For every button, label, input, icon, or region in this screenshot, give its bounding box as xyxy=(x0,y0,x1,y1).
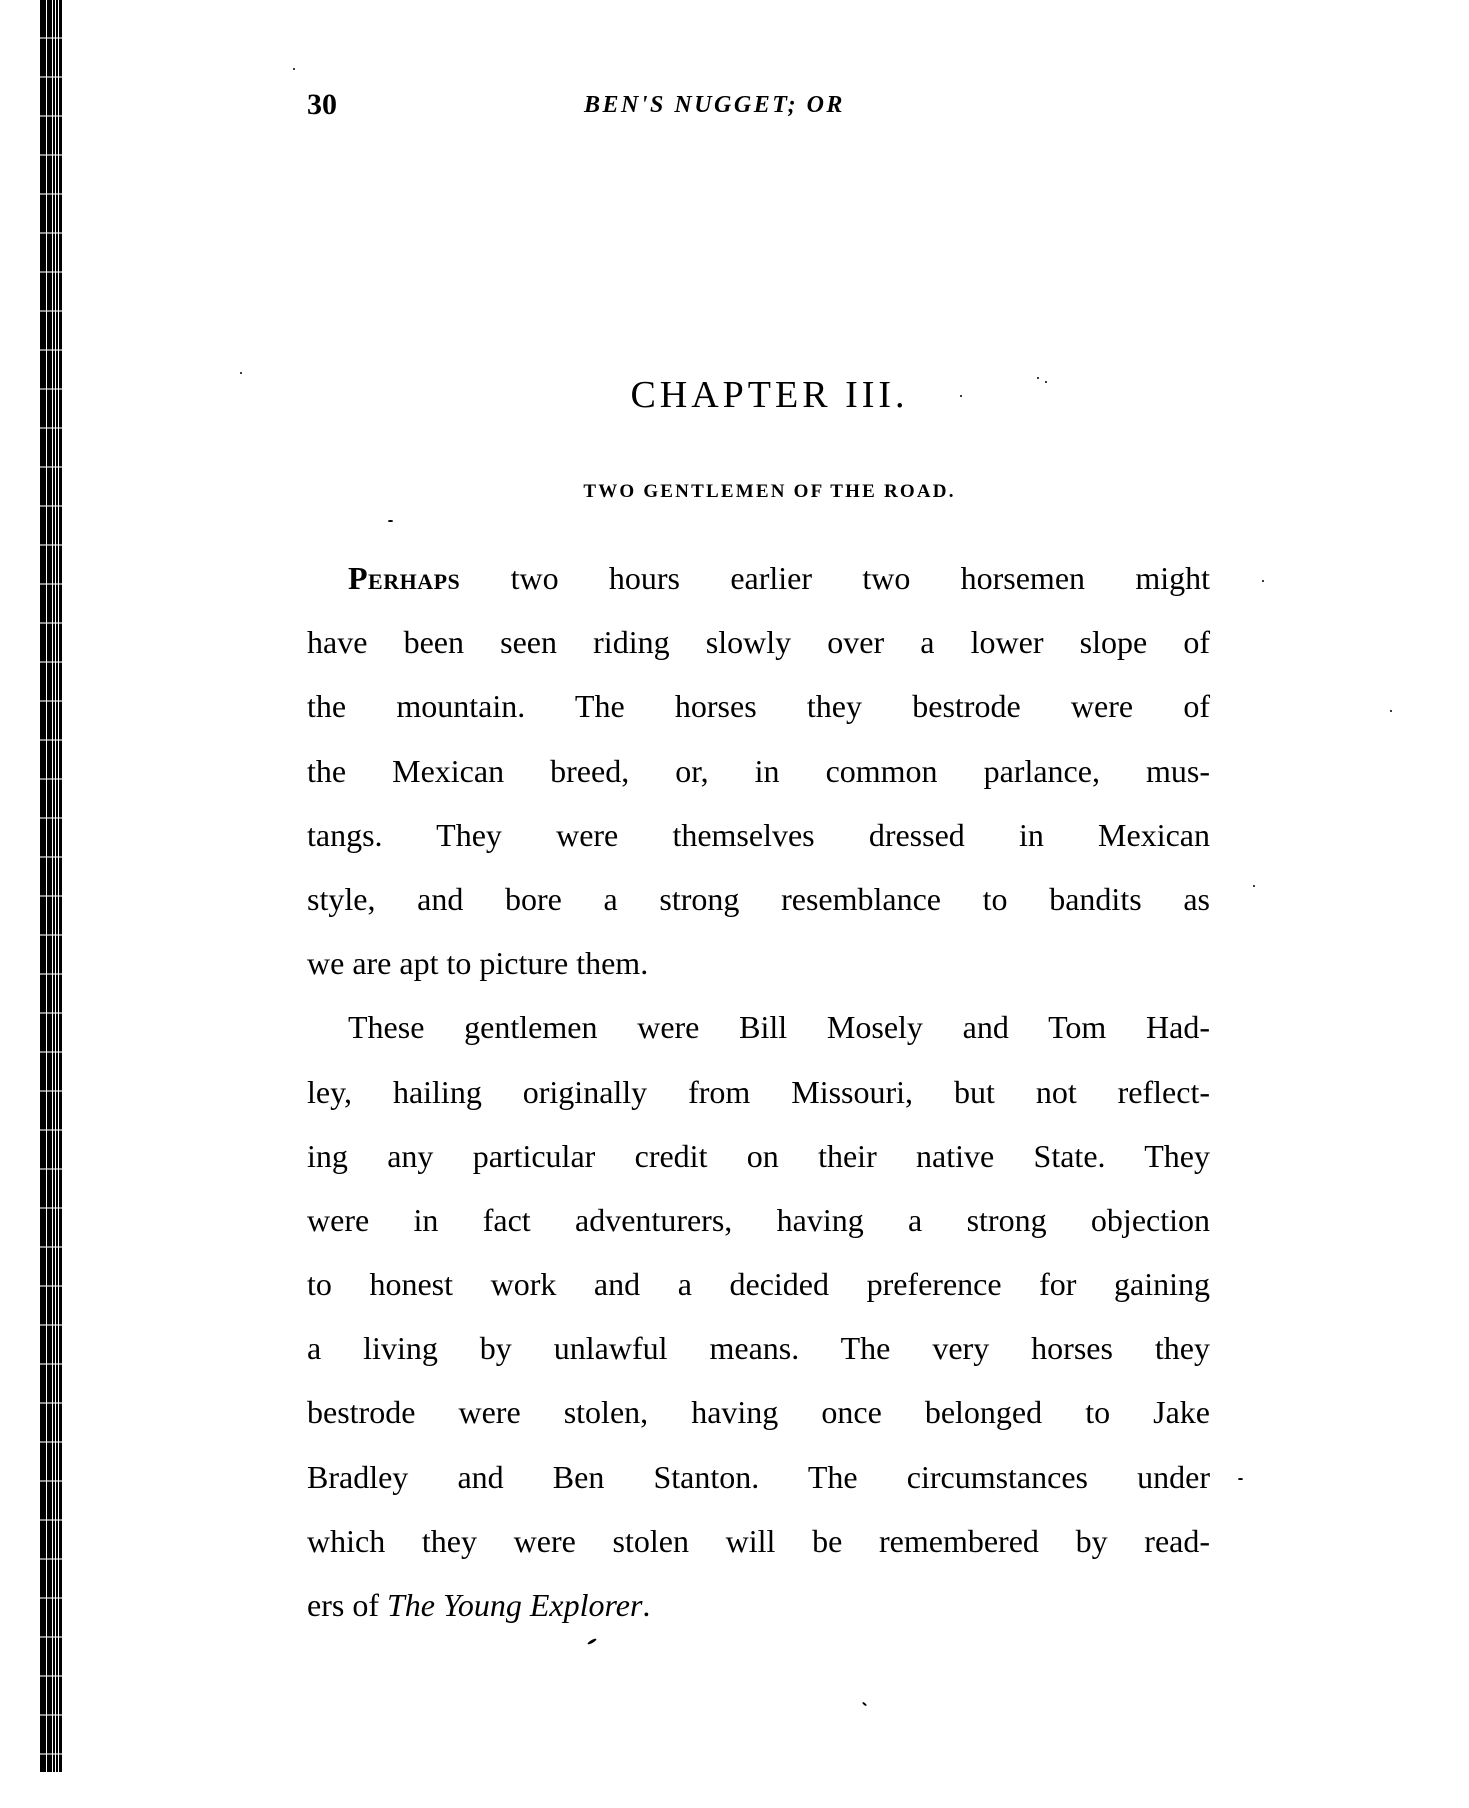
page-number: 30 xyxy=(307,88,337,122)
text-line: the mountain. The horses they bestrode w… xyxy=(307,674,1210,738)
chapter-heading: CHAPTER III. xyxy=(0,372,1469,418)
line-punctuation: . xyxy=(642,1587,650,1623)
scan-speck xyxy=(293,68,295,70)
text-line: we are apt to picture them. xyxy=(307,931,1210,995)
scan-speck xyxy=(1390,710,1392,712)
scan-speck xyxy=(240,372,242,374)
text-line: ers of The Young Explorer. xyxy=(307,1573,1210,1637)
chapter-body: Perhaps two hours earlier two horsemen m… xyxy=(307,546,1210,1637)
scan-speck xyxy=(1037,377,1039,379)
text-line: the Mexican breed, or, in common parlanc… xyxy=(307,739,1210,803)
book-binding-edge xyxy=(40,0,62,1772)
text-line: tangs. They were themselves dressed in M… xyxy=(307,803,1210,867)
text-line: which they were stolen will be remembere… xyxy=(307,1509,1210,1573)
scan-speck xyxy=(1262,580,1264,582)
text-line: a living by unlawful means. The very hor… xyxy=(307,1316,1210,1380)
text-line: Perhaps two hours earlier two horsemen m… xyxy=(307,546,1210,610)
chapter-subtitle: TWO GENTLEMEN OF THE ROAD. xyxy=(0,478,1469,506)
text-line: were in fact adventurers, having a stron… xyxy=(307,1188,1210,1252)
paragraph: Perhaps two hours earlier two horsemen m… xyxy=(307,546,1210,995)
scan-speck xyxy=(388,520,393,522)
text-line: to honest work and a decided preference … xyxy=(307,1252,1210,1316)
text-line: bestrode were stolen, having once belong… xyxy=(307,1380,1210,1444)
scan-speck xyxy=(960,395,962,397)
running-title: BEN'S NUGGET; OR xyxy=(584,88,845,122)
scan-speck xyxy=(1253,885,1255,887)
text-line: have been seen riding slowly over a lowe… xyxy=(307,610,1210,674)
text-line: ley, hailing originally from Missouri, b… xyxy=(307,1060,1210,1124)
text-line: These gentlemen were Bill Mosely and Tom… xyxy=(307,995,1210,1059)
book-title-reference: The Young Explorer xyxy=(387,1587,642,1623)
scan-speck xyxy=(862,1702,867,1707)
text-line: style, and bore a strong resemblance to … xyxy=(307,867,1210,931)
running-head: 30 BEN'S NUGGET; OR xyxy=(307,88,1210,122)
scan-speck xyxy=(587,1638,597,1646)
paragraph: These gentlemen were Bill Mosely and Tom… xyxy=(307,995,1210,1637)
drop-lead-word: Perhaps xyxy=(348,560,460,596)
line-text: two hours earlier two horsemen might xyxy=(460,560,1210,596)
text-line: ing any particular credit on their nativ… xyxy=(307,1124,1210,1188)
scan-speck xyxy=(1045,381,1047,383)
scan-speck xyxy=(1238,1478,1243,1480)
text-line: Bradley and Ben Stanton. The circumstanc… xyxy=(307,1445,1210,1509)
line-text: ers of xyxy=(307,1587,387,1623)
